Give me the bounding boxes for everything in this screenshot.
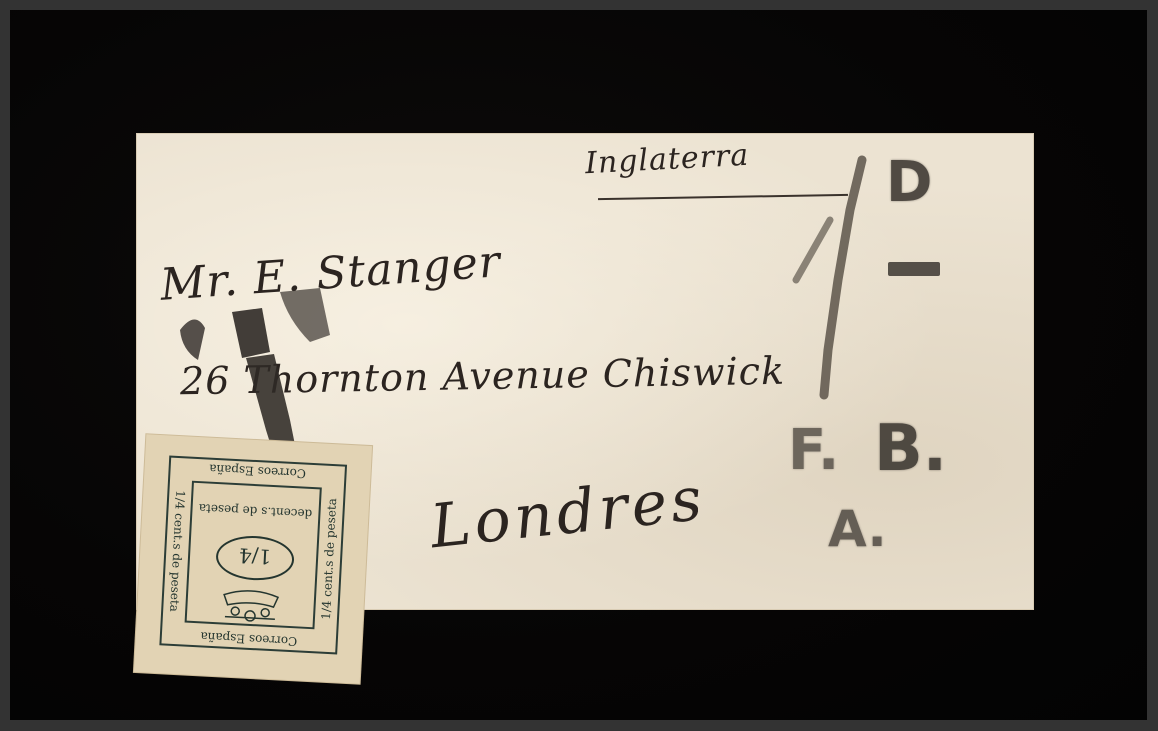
handstamp-dash	[888, 262, 940, 276]
stamp-center-text: decent.s de peseta	[198, 501, 312, 521]
stamp-left-text: 1/4 cent.s de peseta	[167, 490, 187, 612]
stamp-right-text: 1/4 cent.s de peseta	[319, 498, 339, 620]
handstamp-d: D	[886, 150, 932, 215]
stamp-outer-frame: Correos España Correos España 1/4 cent.s…	[159, 455, 347, 654]
stamp-inner-frame: decent.s de peseta 1/4	[185, 481, 322, 630]
crown-icon	[215, 584, 287, 628]
stamp-bottom-text: Correos España	[200, 629, 297, 648]
handstamp-a: A.	[828, 500, 887, 558]
stamp-value: 1/4	[218, 542, 293, 570]
postage-stamp: Correos España Correos España 1/4 cent.s…	[134, 434, 372, 684]
pencil-numeral-seven	[790, 150, 880, 400]
stamp-value-oval: 1/4	[215, 534, 295, 582]
handstamp-b: B.	[874, 412, 947, 486]
stamp-top-text: Correos España	[209, 462, 306, 481]
handstamp-f: F.	[788, 418, 839, 483]
